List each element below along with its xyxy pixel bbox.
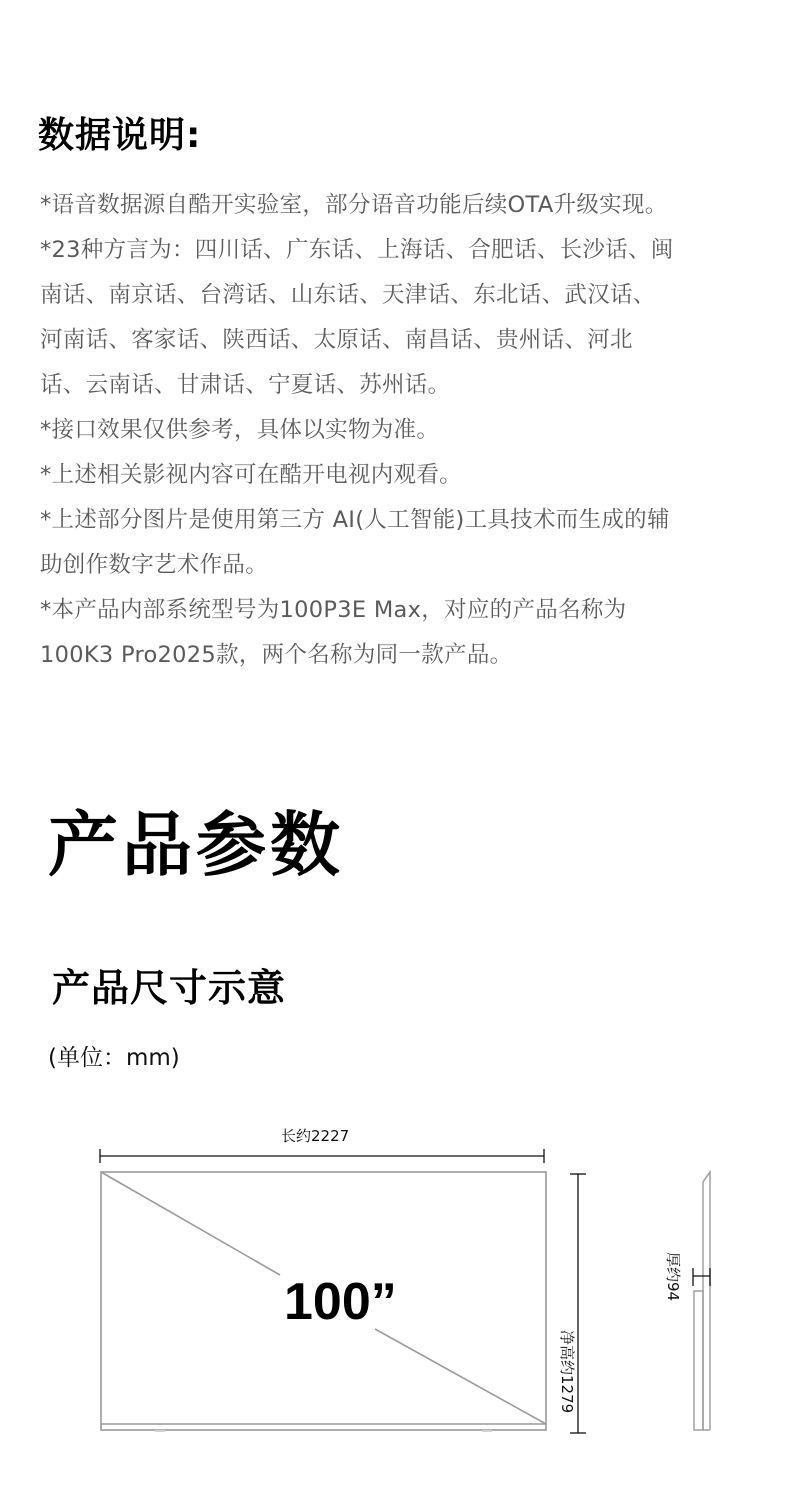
width-label: 长约2227 xyxy=(281,1125,349,1146)
params-title: 产品参数 xyxy=(48,800,344,890)
dimension-diagram: 长约2227 100” 净高约1279 厚约94 xyxy=(0,1100,790,1496)
notes-list: *语音数据源自酷开实验室，部分语音功能后续OTA升级实现。 *23种方言为：四川… xyxy=(40,183,760,678)
notes-title: 数据说明: xyxy=(38,112,201,160)
width-dimension-line xyxy=(100,1149,544,1163)
note-line: 话、云南话、甘肃话、宁夏话、苏州话。 xyxy=(40,363,760,408)
note-line: 南话、南京话、台湾话、山东话、天津话、东北话、武汉话、 xyxy=(40,273,760,318)
note-line: 助创作数字艺术作品。 xyxy=(40,543,760,588)
thickness-label: 厚约94 xyxy=(663,1252,684,1301)
note-line: *接口效果仅供参考，具体以实物为准。 xyxy=(40,408,760,453)
size-section-title: 产品尺寸示意 xyxy=(52,962,286,1014)
note-line: *上述相关影视内容可在酷开电视内观看。 xyxy=(40,453,760,498)
note-line: *语音数据源自酷开实验室，部分语音功能后续OTA升级实现。 xyxy=(40,183,760,228)
note-line: 100K3 Pro2025款，两个名称为同一款产品。 xyxy=(40,633,760,678)
note-line: 河南话、客家话、陕西话、太原话、南昌话、贵州话、河北 xyxy=(40,318,760,363)
screen-size-badge: 100” xyxy=(284,1272,397,1332)
note-line: *23种方言为：四川话、广东话、上海话、合肥话、长沙话、闽 xyxy=(40,228,760,273)
note-line: *本产品内部系统型号为100P3E Max，对应的产品名称为 xyxy=(40,588,760,633)
note-line: *上述部分图片是使用第三方 AI(人工智能)工具技术而生成的辅 xyxy=(40,498,760,543)
height-label: 净高约1279 xyxy=(557,1330,578,1413)
thickness-dimension-line xyxy=(693,1268,710,1286)
tv-side-view xyxy=(694,1172,710,1430)
unit-label: (单位：mm) xyxy=(48,1040,180,1076)
